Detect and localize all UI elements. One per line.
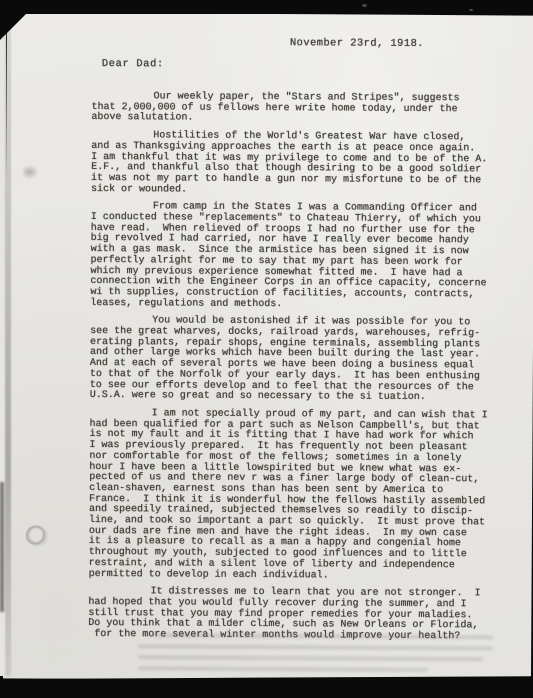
page-edge-dark-streak [0, 482, 4, 612]
letter-paragraph: Hostilities of the World's Greatest War … [91, 131, 521, 198]
letter-paper: November 23rd, 1918. Dear Dad: Our weekl… [3, 12, 533, 681]
letter-paragraph: From camp in the States I was a Commandi… [90, 202, 521, 312]
margin-smudge [23, 164, 39, 179]
letter-date: November 23rd, 1918. [290, 37, 424, 50]
scan-speck [469, 9, 473, 11]
letter-body: Our weekly paper, the "Stars and Stripes… [88, 92, 521, 650]
letter-salutation: Dear Dad: [102, 58, 164, 70]
bleed-through-line [138, 666, 428, 672]
letter-paragraph: You would be astonished if it was possib… [90, 316, 521, 404]
scan-border-bottom [0, 676, 533, 698]
letter-paragraph: I am not specially proud of my part, and… [89, 409, 520, 583]
letter-paragraph: Our weekly paper, the "Stars and Stripes… [91, 92, 521, 127]
scan-speck [362, 4, 367, 7]
margin-stamp-mark [26, 526, 45, 545]
bleed-through-line [138, 655, 483, 661]
scan-border-top [0, 0, 533, 14]
page-edge-shadow [5, 24, 11, 676]
scanned-letter-photo: November 23rd, 1918. Dear Dad: Our weekl… [0, 0, 533, 698]
bleed-through-line [138, 644, 493, 650]
